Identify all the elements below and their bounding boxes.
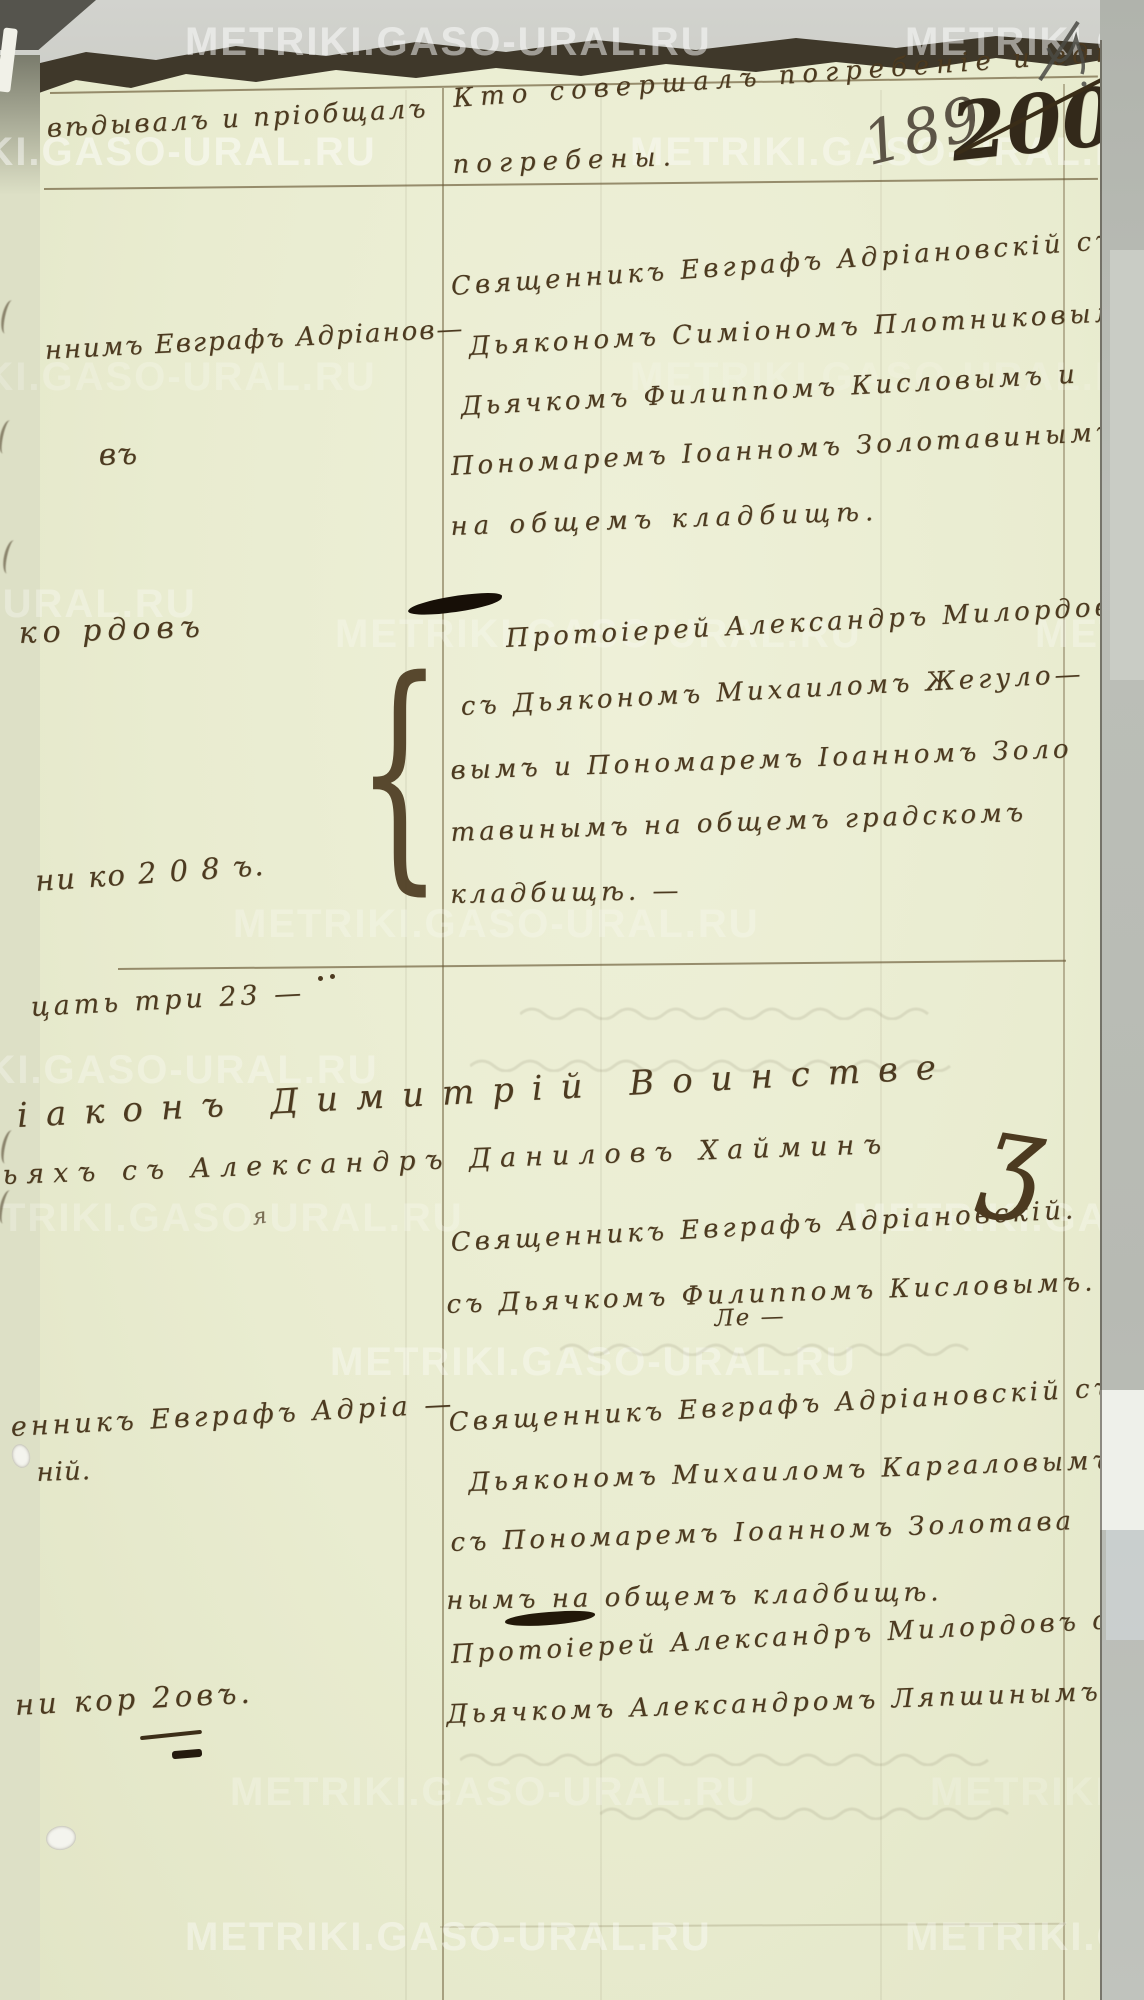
ink-brace: { (356, 636, 443, 909)
entry3-clergy-note: Ле — (714, 1304, 786, 1332)
entry2-clergy-line5: кладбищѣ. — (450, 876, 683, 910)
entry4-left-line2: ній. (36, 1456, 91, 1488)
entry2-left-fragment: ко рдовъ (18, 609, 206, 651)
bleed-through-marks (460, 1752, 1020, 1766)
corner-pencil-scribble (1028, 14, 1108, 104)
edge-highlight (1110, 250, 1144, 680)
watermark-text: METRIKI.GASO-URAL.RU (0, 1196, 464, 1241)
watermark-text: METRIKI.GASO-URAL.RU (185, 20, 712, 65)
bleed-through-marks (600, 1806, 1020, 1820)
paper-crease (405, 90, 407, 2000)
entry1-left-line2: въ (98, 437, 139, 473)
page-edge-shadow-line (1100, 40, 1102, 2000)
bleed-through-marks (520, 1006, 940, 1020)
metric-book-scan: METRIKI.GASO-URAL.RUMETRIKI.GASO-URAL.RU… (0, 0, 1144, 2000)
edge-white-patch (1100, 1390, 1144, 1530)
bleed-through-marks (560, 1342, 990, 1356)
scan-right-edge (1100, 0, 1144, 2000)
abbreviation-dots (318, 976, 323, 981)
column-divider-line (442, 88, 444, 2000)
edge-blue-patch (1106, 1530, 1144, 1640)
watermark-text: METRIKI.GASO-URAL.RU (185, 1915, 712, 1960)
bleed-through-marks (470, 1058, 970, 1072)
